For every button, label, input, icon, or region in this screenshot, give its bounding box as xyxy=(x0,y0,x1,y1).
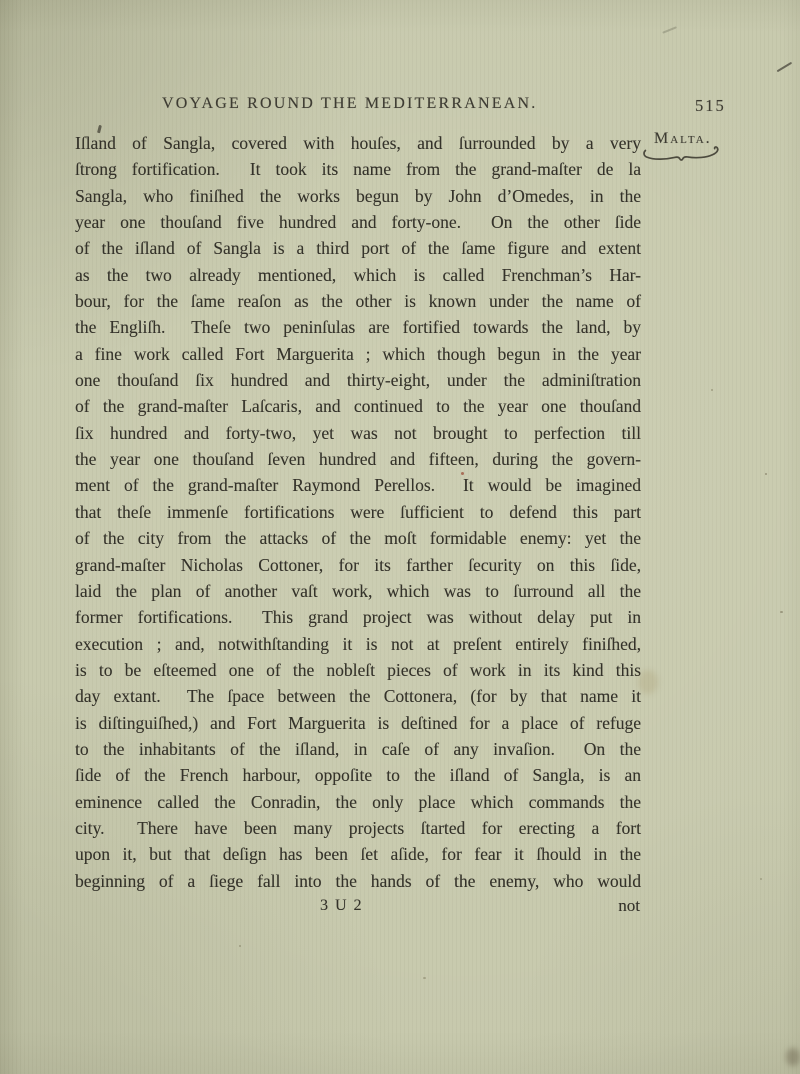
ink-stroke-mark xyxy=(777,62,793,73)
body-text-line: ſix hundred and forty-two, yet was not b… xyxy=(75,420,641,446)
body-text-line: year one thouſand five hundred and forty… xyxy=(75,209,641,235)
body-text-line: of the grand-maſter Laſcaris, and contin… xyxy=(75,393,641,419)
body-text-line: ſide of the French harbour, oppoſite to … xyxy=(75,762,641,788)
book-page-scan: VOYAGE ROUND THE MEDITERRANEAN. 515 Malt… xyxy=(0,0,800,1074)
ink-speck xyxy=(423,977,426,979)
body-text-line: to the inhabitants of the iſland, in caſ… xyxy=(75,736,641,762)
body-text-line: day extant. The ſpace between the Cotton… xyxy=(75,683,641,709)
ink-speck xyxy=(765,473,767,475)
page-number: 515 xyxy=(695,96,726,116)
body-text-line: is diſtinguiſhed,) and Fort Marguerita i… xyxy=(75,710,641,736)
scratch-mark xyxy=(662,26,677,33)
body-text-line: the year one thouſand ſeven hundred and … xyxy=(75,446,641,472)
ink-speck xyxy=(780,611,783,613)
body-text-line: is to be eſteemed one of the nobleſt pie… xyxy=(75,657,641,683)
body-text-line: beginning of a ſiege fall into the hands… xyxy=(75,868,641,894)
body-text-line: the Engliſh. Theſe two peninſulas are fo… xyxy=(75,314,641,340)
body-text-line: Sangla, who finiſhed the works begun by … xyxy=(75,183,641,209)
body-text-line: ſtrong fortification. It took its name f… xyxy=(75,156,641,182)
ink-speck xyxy=(760,878,762,880)
body-text-line: bour, for the ſame reaſon as the other i… xyxy=(75,288,641,314)
body-text-line: execution ; and, notwithſtanding it is n… xyxy=(75,631,641,657)
body-text-line: eminence called the Conradin, the only p… xyxy=(75,789,641,815)
paper-stain xyxy=(786,1048,800,1066)
paper-stain xyxy=(638,670,658,694)
body-text-line: of the iſland of Sangla is a third port … xyxy=(75,235,641,261)
body-text-line: former fortifications. This grand projec… xyxy=(75,604,641,630)
body-text-line: city. There have been many projects ſtar… xyxy=(75,815,641,841)
running-header-title: VOYAGE ROUND THE MEDITERRANEAN. xyxy=(162,95,537,113)
body-text-line: one thouſand ſix hundred and thirty-eigh… xyxy=(75,367,641,393)
signature-mark: 3 U 2 xyxy=(320,897,363,915)
body-text-line: of the city from the attacks of the moſt… xyxy=(75,525,641,551)
body-text-block: Iſland of Sangla, covered with houſes, a… xyxy=(75,130,641,894)
body-text-line: laid the plan of another vaſt work, whic… xyxy=(75,578,641,604)
body-text-line: Iſland of Sangla, covered with houſes, a… xyxy=(75,130,641,156)
ink-speck xyxy=(711,389,713,391)
body-text-line: a fine work called Fort Marguerita ; whi… xyxy=(75,341,641,367)
catchword: not xyxy=(618,896,640,916)
body-text-line: upon it, but that deſign has been ſet aſ… xyxy=(75,841,641,867)
ink-speck xyxy=(239,945,241,947)
body-text-line: that theſe immenſe fortifications were ſ… xyxy=(75,499,641,525)
body-text-line: as the two already mentioned, which is c… xyxy=(75,262,641,288)
body-text-line: ment of the grand-maſter Raymond Perello… xyxy=(75,472,641,498)
body-text-line: grand-maſter Nicholas Cottoner, for its … xyxy=(75,552,641,578)
brace-flourish-icon xyxy=(640,143,724,165)
